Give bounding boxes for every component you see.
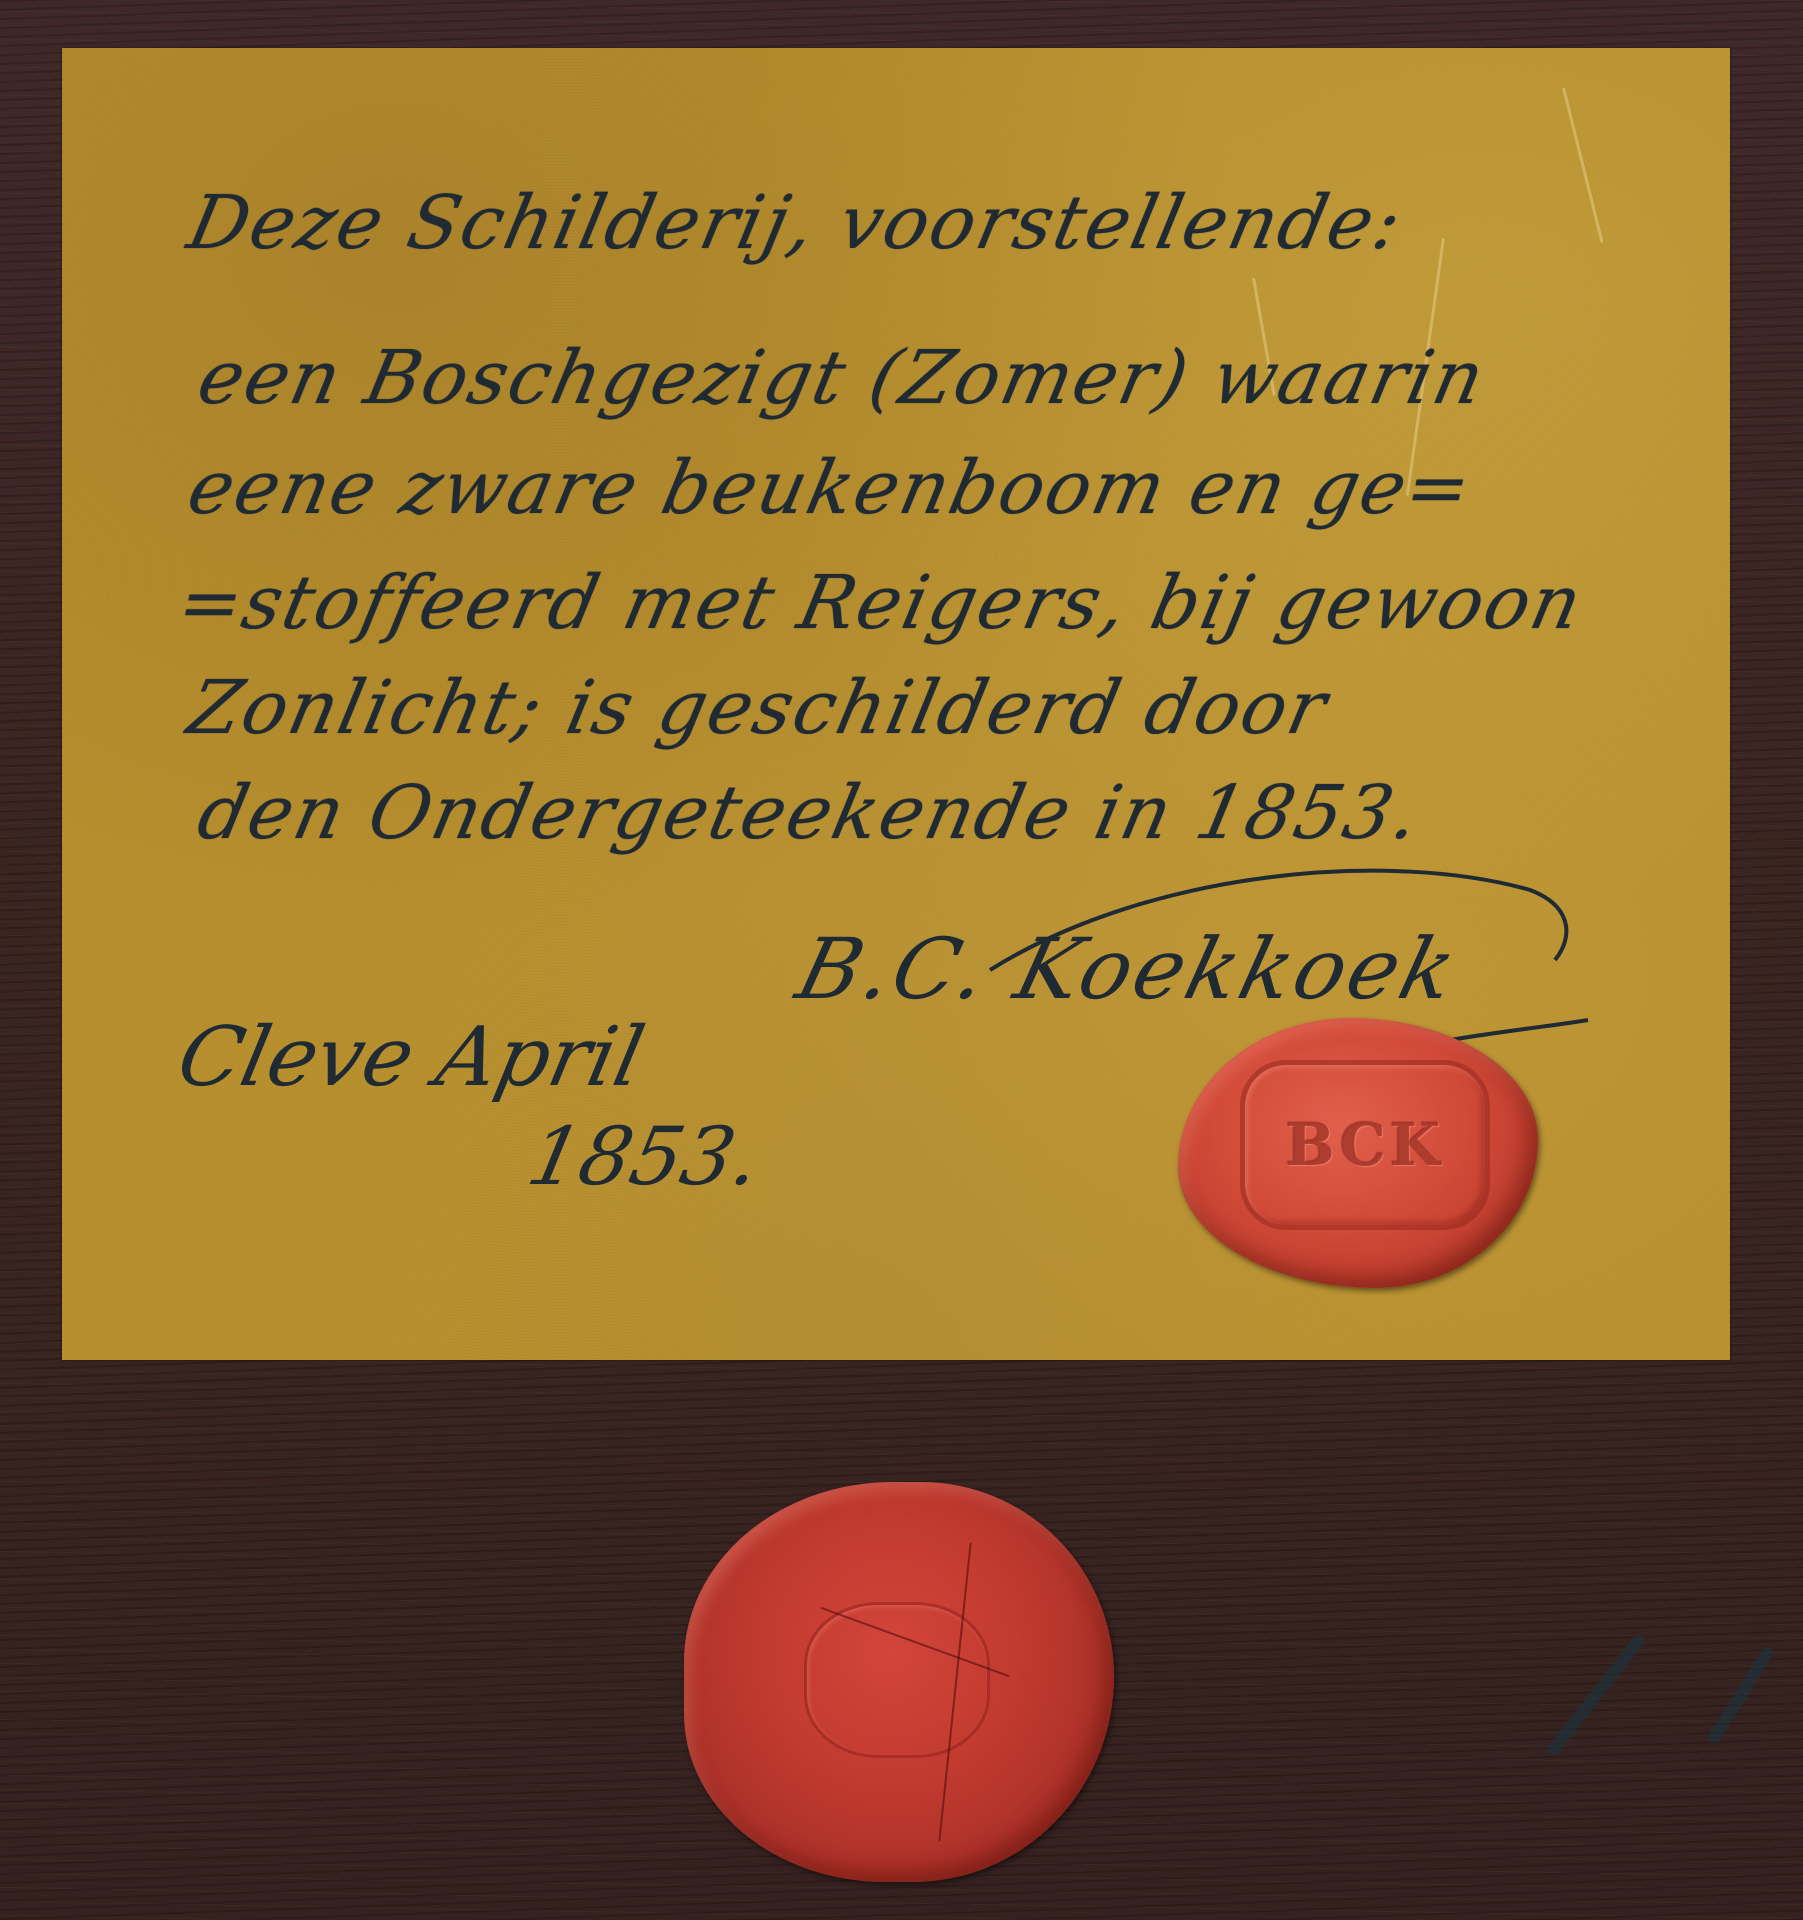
seal-stamp-cartouche: BCK: [1240, 1060, 1490, 1230]
brush-mark: [1545, 1632, 1647, 1758]
label-line-2: een Boschgezigt (Zomer) waarin: [191, 335, 1493, 421]
wooden-panel-back: Deze Schilderij, voorstellende: een Bosc…: [0, 0, 1803, 1920]
label-line-6: den Ondergeteekende in 1853.: [191, 770, 1429, 856]
wax-seal-lower: [684, 1482, 1114, 1882]
paper-scratch: [1562, 87, 1604, 243]
brush-mark: [1707, 1645, 1775, 1745]
seal-initials: BCK: [1286, 1111, 1445, 1179]
place-date: Cleve April: [170, 1010, 652, 1105]
label-line-3: eene zware beukenboom en ge=: [181, 445, 1480, 531]
label-line-1: Deze Schilderij, voorstellende:: [181, 180, 1411, 266]
artist-signature: B.C. Koekkoek: [788, 920, 1468, 1018]
date-year: 1853.: [520, 1110, 769, 1203]
wax-seal-upper: BCK: [1178, 1018, 1538, 1288]
label-line-5: Zonlicht; is geschilderd door: [181, 665, 1336, 751]
label-line-4: =stoffeerd met Reigers, bij gewoon: [171, 560, 1591, 646]
